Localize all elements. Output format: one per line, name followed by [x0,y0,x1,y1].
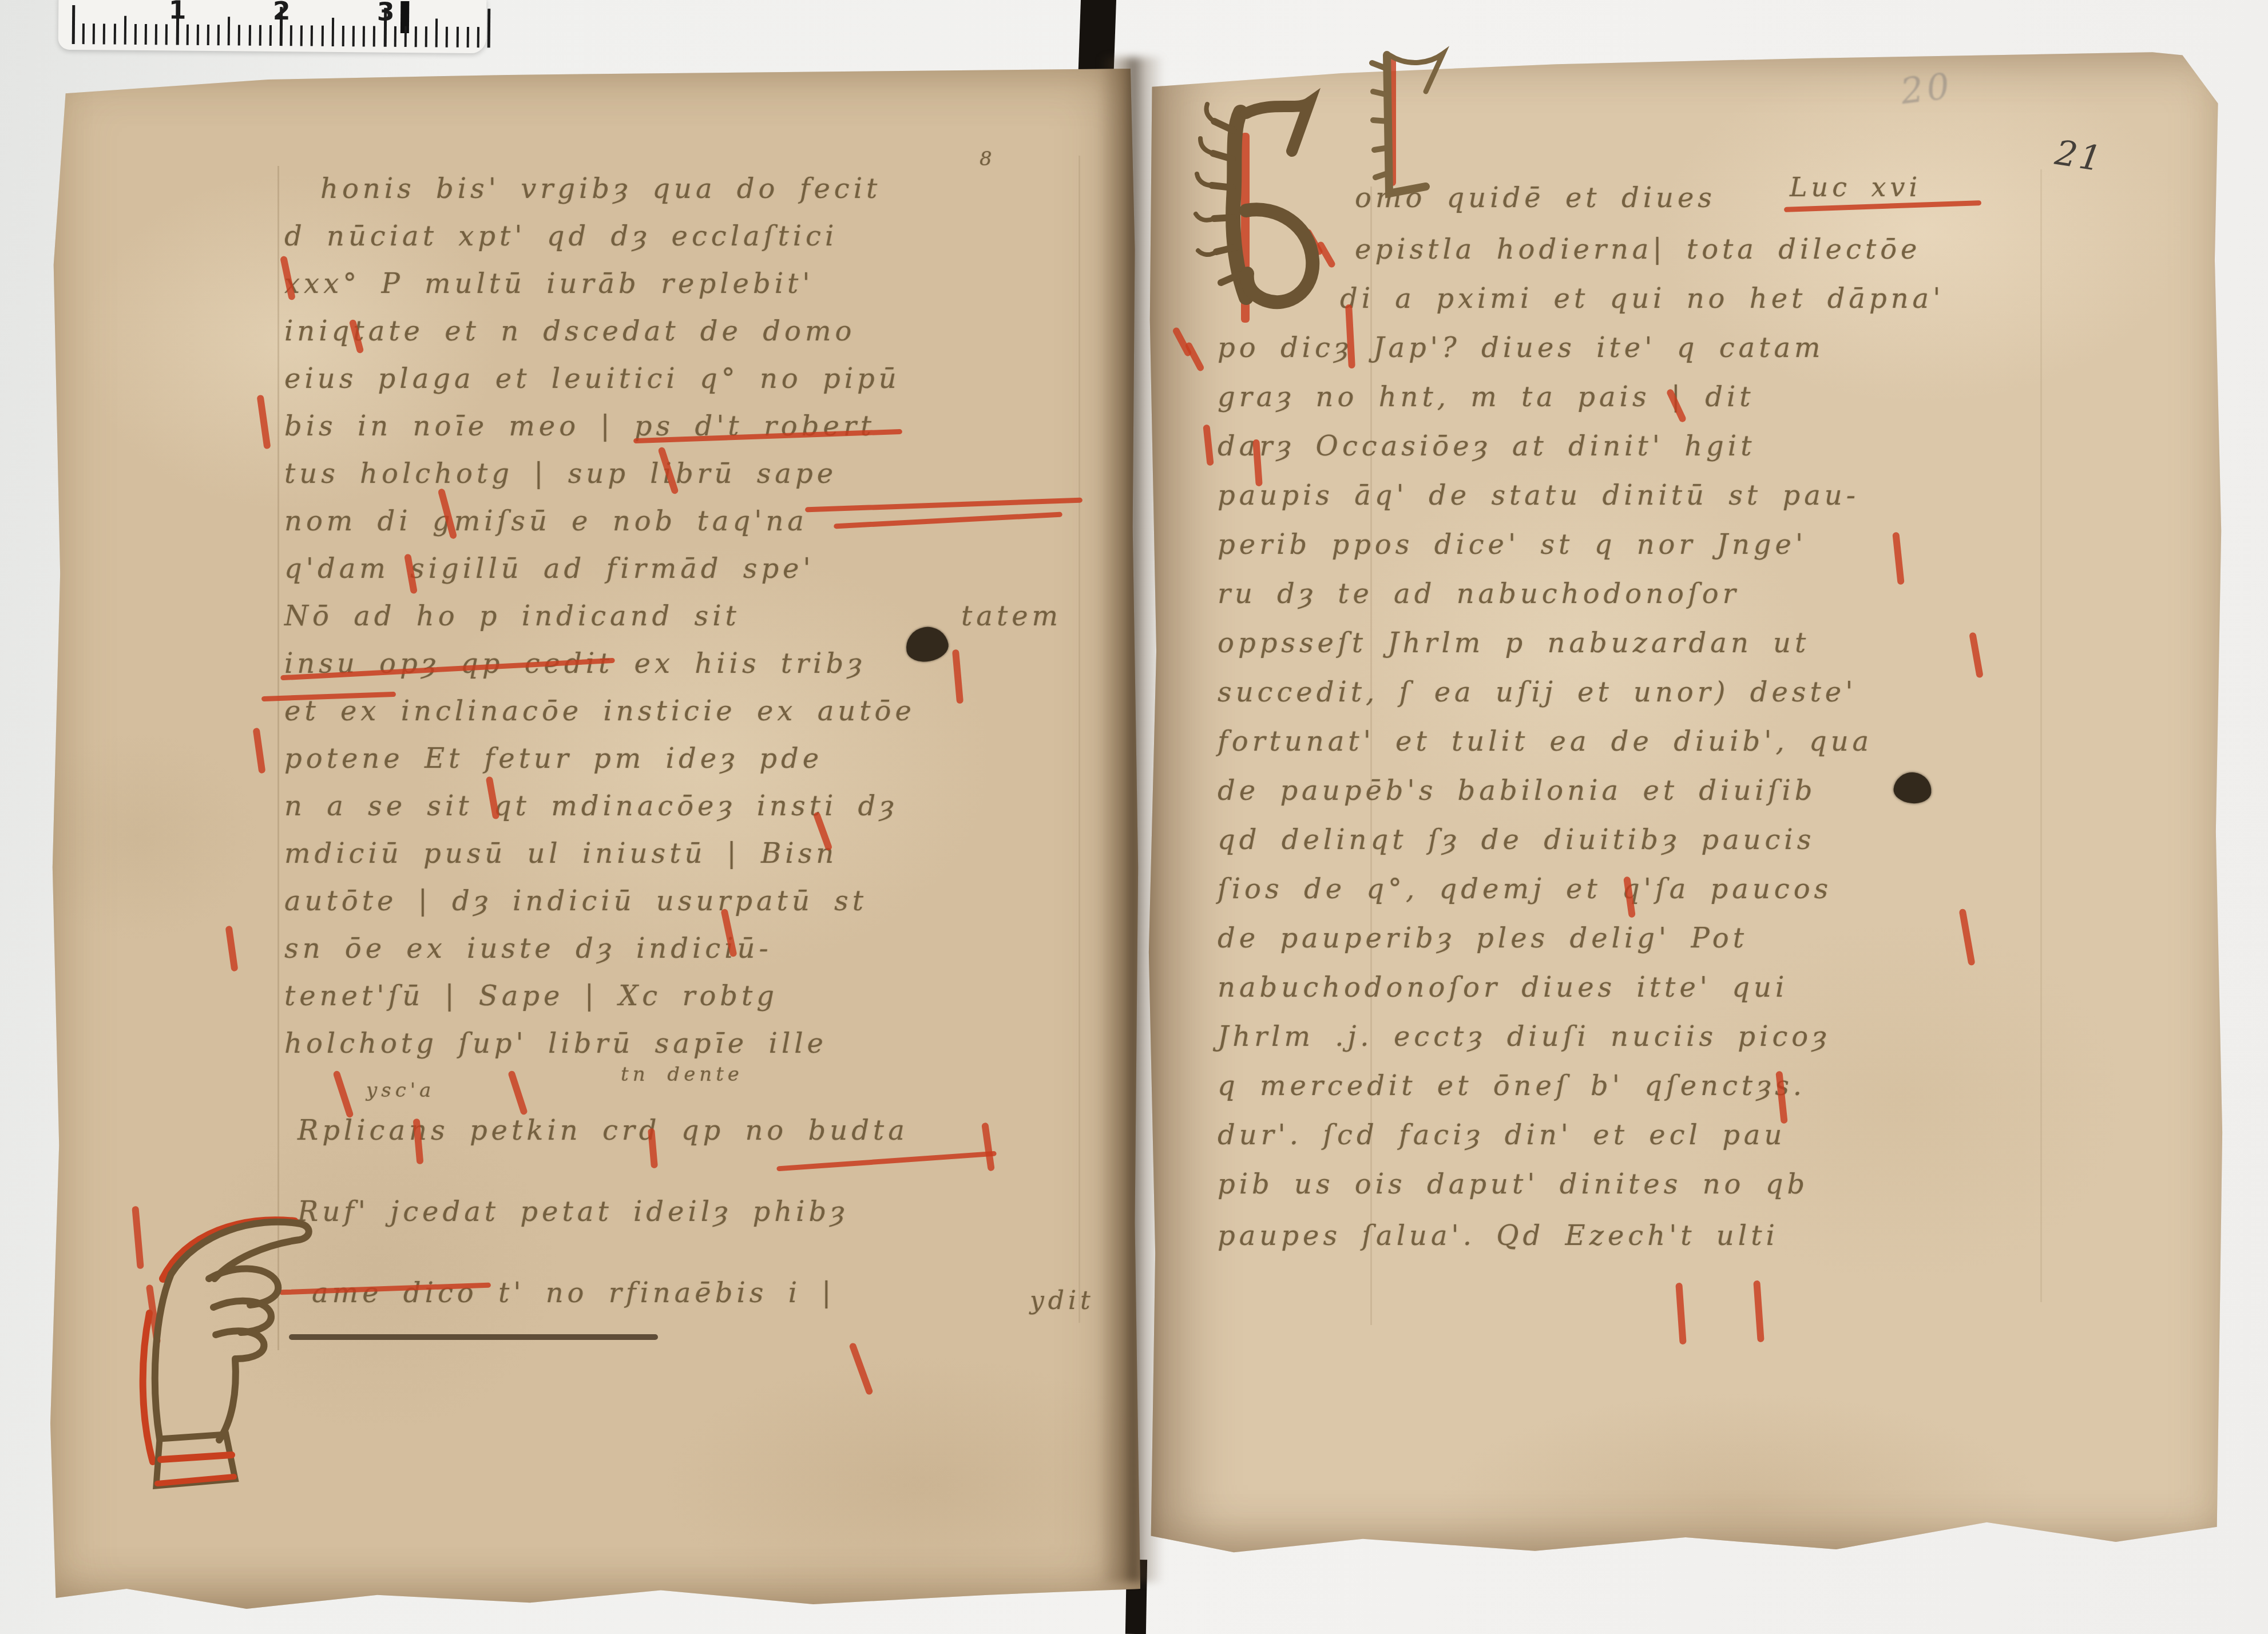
manuscript-text-line: ſios de q°, qdemj et q'ſa paucos [1218,873,1832,905]
manuscript-text-line: Ruf' jcedat petat ideilȝ phibȝ [298,1196,848,1228]
manuscript-text-line: mdiciū pusū ul iniustū | Bisn [284,838,838,870]
manuscript-text-line: honis bis' vrgibȝ qua do fecit [320,173,881,205]
manuscript-text-line: paupis āq' de statu dinitū st pau- [1218,479,1859,511]
ruler-tick [165,24,168,45]
manuscript-text-line: 8 [980,148,996,170]
ruler-tick [311,26,313,46]
manuscript-text-line: tus holchotg | sup librū sape [284,458,837,490]
manuscript-text-line: dur'. ſcd faciȝ din' et ecl pau [1218,1119,1786,1151]
ruler-tick [446,27,448,47]
manuscript-text-line: nom di gmiſsū e nob taq'na [284,505,808,537]
manuscript-text-line: xxx° P multū iurāb replebit' [284,268,814,300]
manuscript-text-line: q'dam sigillū ad firmād spe' [284,553,815,585]
manuscript-text-line: potene Et fetur pm ideȝ pde [284,743,823,775]
manuscript-text-line: et ex inclinacōe insticie ex autōe [284,695,915,727]
ruler-tick [124,16,126,45]
manuscript-text-line: ysc'a [366,1079,435,1102]
ruler-tick [280,7,283,46]
manuscript-text-line: de pauperibȝ ples delig' Pot [1218,922,1748,954]
manuscript-text-line: nabuchodonoſor diues itte' qui [1218,971,1788,1004]
ruler-tick [269,25,272,46]
right-page-right-ruling [2040,169,2042,1302]
ruler-tick [394,26,396,47]
folio-number-pencil: 20 [1898,65,1955,113]
ruler-tick [238,25,240,45]
decorated-initial-icon [1191,96,1346,336]
manuscript-text-line: tenet'ſū | Sape | Xc robtg [284,980,778,1012]
manuscript-text-line: q mercedit et ōneſ b' qſenctȝs. [1218,1070,1806,1102]
ruler-tick [435,18,438,47]
folio-number-ink: 21 [2052,133,2106,180]
manuscript-text-line: tn dente [621,1063,743,1086]
manuscript-text-line: eius plaga et leuitici q° no pipū [284,363,901,395]
manuscript-text-line: di a pximi et qui no het dāpna' [1340,283,1944,315]
manuscript-text-line: Nō ad ho p indicand sit [284,600,740,632]
ruler-tick [259,25,261,46]
manuscript-text-line: Rplicans petkin crd qp no budta [298,1115,909,1147]
leafy-flourish-icon [1357,46,1454,206]
manuscript-text-line: perib ppos dice' st q nor Jnge' [1218,529,1807,561]
manuscript-text-line: oppsseſt Jhrlm p nabuzardan ut [1218,627,1810,659]
ruler-tick [186,25,188,45]
ruler-tick [342,26,344,46]
ruler-tick [113,24,116,45]
manuscript-text-line: d nūciat xpt' qd dȝ ecclaſtici [284,220,838,252]
gutter-shadow [1100,57,1164,1582]
ruler-tick [321,26,323,46]
manuscript-text-line: Luc xvi [1790,172,1921,203]
manuscript-text-line: qd delinqt ſȝ de diuitibȝ paucis [1218,824,1815,856]
manicule-pointing-hand-icon [123,1210,352,1502]
ruler-tick [331,18,334,46]
ruler-tick [72,5,76,44]
ruler-tick [103,23,105,44]
manuscript-text-line: de paupēb's babilonia et diuiſib [1218,775,1817,807]
ruler-tick [415,26,417,47]
manuscript-photograph: 1 2 3 honis bis' vrgibȝ qua do fecit8d n… [0,0,2268,1634]
manuscript-text-line: iniqtate et n dscedat de domo [284,315,855,347]
left-page-margin-ruling [277,166,279,1350]
ruler-tick [134,24,137,45]
ruler-tick [363,26,365,46]
manuscript-text-line: fortunat' et tulit ea de diuib', qua [1218,725,1873,757]
ruler-tick [425,26,427,47]
manuscript-text-line: sn ōe ex iuste dȝ indiciū- [284,933,772,965]
ruler-tick [82,23,85,44]
manuscript-text-line: holchotg ſup' librū sapīe ille [284,1028,827,1060]
ruler-tick [477,27,479,47]
ruler-tick [456,27,458,47]
ruler-tick [487,9,491,47]
manuscript-text-line: pib us ois daput' dinites no qb [1218,1168,1809,1200]
manuscript-text-line: ru dȝ te ad nabuchodonoſor [1218,578,1740,610]
manuscript-text-line: Jhrlm .j. ecctȝ diuſi nuciis picoȝ [1218,1021,1830,1053]
ruler-tick [290,25,292,46]
manuscript-text-line: darȝ Occasiōeȝ at dinit' hgit [1218,430,1755,462]
ruler-tick [352,26,355,46]
ruler-tick [207,25,209,45]
left-page-right-ruling [1079,156,1080,1323]
manuscript-text-line: ame dico t' no rfinaēbis i | [312,1277,835,1309]
manuscript-text-line: paupes ſalua'. Qd Ezech't ulti [1218,1220,1779,1252]
ruler-tick [466,27,469,47]
manuscript-text-line: epistla hodierna| tota dilectōe [1355,233,1921,265]
manuscript-text-line: tatem [961,600,1062,632]
ruler-tick [300,25,303,46]
ruler-tick [248,25,251,46]
manuscript-text-line: autōte | dȝ indiciū usurpatū st [284,885,867,917]
ruler-tick [93,23,95,44]
ruler-tick [383,8,387,47]
ruler-tick [217,25,220,45]
manuscript-text-line: succedit, ſ ea uſij et unor) deste' [1218,676,1857,708]
manuscript-text-line: ydit [1030,1286,1095,1315]
ruler-tick [176,6,179,45]
manuscript-text-line: po dicȝ Jap'? diues ite' q catam [1218,332,1825,364]
ruler-tick [145,24,147,45]
ruler-tick [404,26,406,47]
ruler-tick [155,24,157,45]
ruler-tick [228,17,230,45]
ruler-tick [196,25,199,45]
manuscript-text-line: n a se sit qt mdinacōeȝ insti dȝ [284,790,898,822]
scale-ruler: 1 2 3 [58,0,487,53]
ruler-tick [373,26,375,47]
